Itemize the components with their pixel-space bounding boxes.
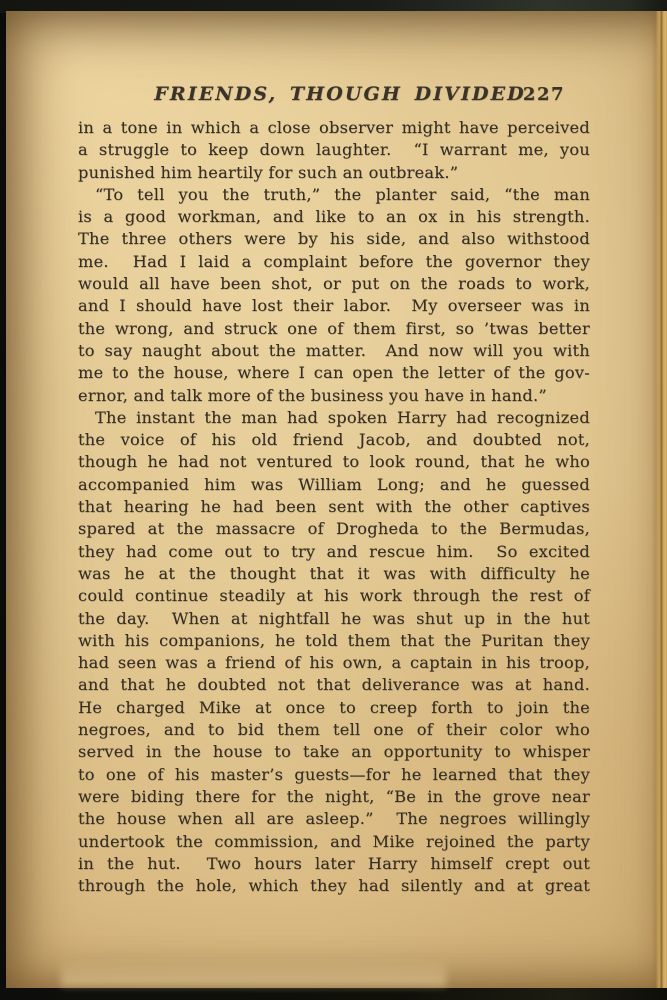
text-line: would all have been shot, or put on the … — [78, 273, 590, 295]
text-line: the day. When at nightfall he was shut u… — [78, 608, 590, 630]
text-line: the house when all are asleep.” The negr… — [78, 808, 590, 830]
page-right-edge — [651, 11, 667, 988]
body-text: in a tone in which a close observer migh… — [78, 117, 590, 897]
text-line: in a tone in which a close observer migh… — [78, 117, 590, 139]
text-line: served in the house to take an opportuni… — [78, 741, 590, 763]
text-line: “To tell you the truth,” the planter sai… — [78, 184, 590, 206]
text-line: the voice of his old friend Jacob, and d… — [78, 429, 590, 451]
text-line: that hearing he had been sent with the o… — [78, 496, 590, 518]
text-line: me to the house, where I can open the le… — [78, 362, 590, 384]
text-line: The three others were by his side, and a… — [78, 228, 590, 250]
text-line: could continue steadily at his work thro… — [78, 585, 590, 607]
text-line: and I should have lost their labor. My o… — [78, 295, 590, 317]
scan-light-artifact — [61, 958, 446, 986]
text-line: was he at the thought that it was with d… — [78, 563, 590, 585]
text-line: spared at the massacre of Drogheda to th… — [78, 518, 590, 540]
text-line: in the hut. Two hours later Harry himsel… — [78, 853, 590, 875]
text-line: a struggle to keep down laughter. “I war… — [78, 139, 590, 161]
text-line: to one of his master’s guests—for he lea… — [78, 764, 590, 786]
text-line: to say naught about the matter. And now … — [78, 340, 590, 362]
text-line: accompanied him was William Long; and he… — [78, 474, 590, 496]
page-number: 227 — [523, 84, 565, 105]
text-line: had seen was a friend of his own, a capt… — [78, 652, 590, 674]
text-line: me. Had I laid a complaint before the go… — [78, 251, 590, 273]
text-line: with his companions, he told them that t… — [78, 630, 590, 652]
text-line: and that he doubted not that deliverance… — [78, 674, 590, 696]
text-line: is a good workman, and like to an ox in … — [78, 206, 590, 228]
text-line: through the hole, which they had silentl… — [78, 875, 590, 897]
text-line: The instant the man had spoken Harry had… — [78, 407, 590, 429]
text-line: punished him heartily for such an outbre… — [78, 162, 590, 184]
text-line: the wrong, and struck one of them first,… — [78, 318, 590, 340]
book-page: FRIENDS, THOUGH DIVIDED 227 in a tone in… — [6, 11, 667, 988]
text-line: He charged Mike at once to creep forth t… — [78, 697, 590, 719]
text-line: though he had not ventured to look round… — [78, 451, 590, 473]
text-line: ernor, and talk more of the business you… — [78, 385, 590, 407]
bottom-scan-edge — [0, 987, 667, 1000]
text-line: were biding there for the night, “Be in … — [78, 786, 590, 808]
page-header: FRIENDS, THOUGH DIVIDED 227 — [78, 83, 590, 109]
text-line: undertook the commission, and Mike rejoi… — [78, 831, 590, 853]
running-title: FRIENDS, THOUGH DIVIDED — [84, 83, 596, 105]
text-line: negroes, and to bid them tell one of the… — [78, 719, 590, 741]
text-line: they had come out to try and rescue him.… — [78, 541, 590, 563]
scanned-book-photo: FRIENDS, THOUGH DIVIDED 227 in a tone in… — [0, 0, 667, 1000]
